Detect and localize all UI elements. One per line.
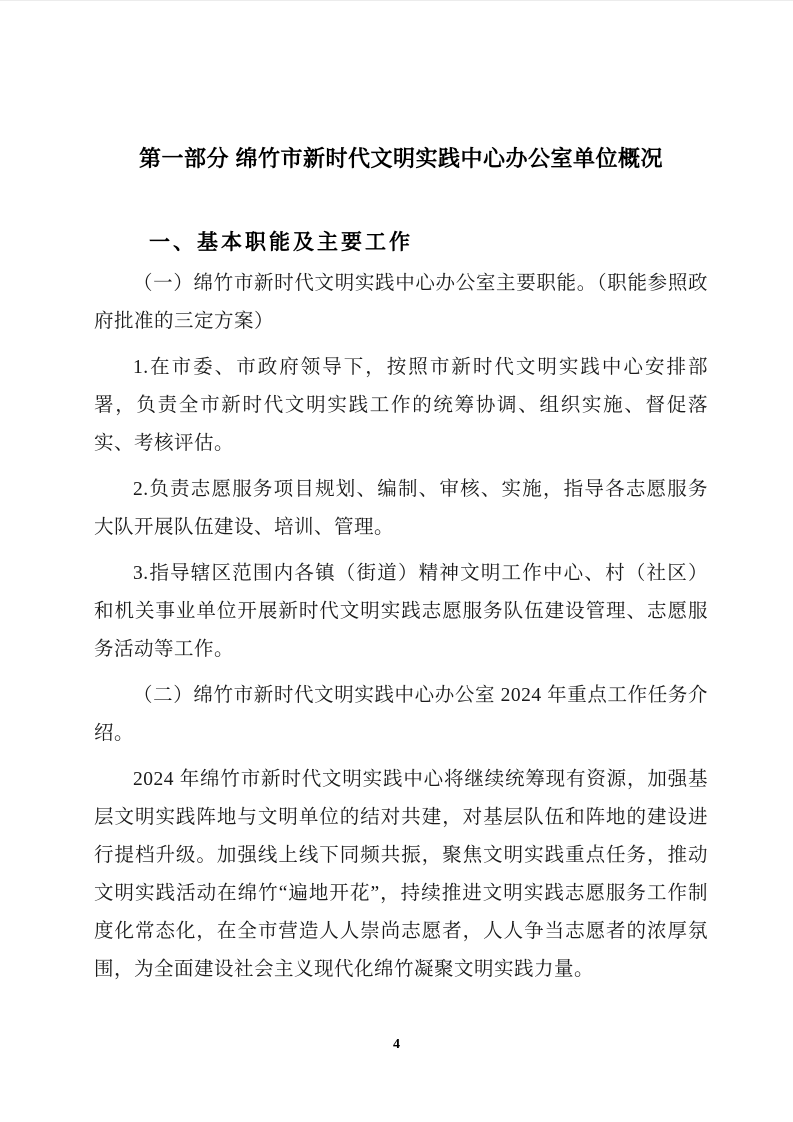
paragraph-2024-tasks-intro: （二）绵竹市新时代文明实践中心办公室 2024 年重点工作任务介绍。 bbox=[94, 677, 708, 753]
paragraph-duty-1: 1.在市委、市政府领导下，按照市新时代文明实践中心安排部署，负责全市新时代文明实… bbox=[94, 349, 708, 463]
paragraph-2024-tasks-detail: 2024 年绵竹市新时代文明实践中心将继续统筹现有资源，加强基层文明实践阵地与文… bbox=[94, 761, 708, 989]
document-title: 第一部分 绵竹市新时代文明实践中心办公室单位概况 bbox=[94, 143, 708, 175]
paragraph-main-functions: （一）绵竹市新时代文明实践中心办公室主要职能。（职能参照政府批准的三定方案） bbox=[94, 265, 708, 341]
paragraph-duty-3: 3.指导辖区范围内各镇（街道）精神文明工作中心、村（社区）和机关事业单位开展新时… bbox=[94, 555, 708, 669]
page-content: 第一部分 绵竹市新时代文明实践中心办公室单位概况 一、基本职能及主要工作 （一）… bbox=[94, 1, 708, 997]
page-number: 4 bbox=[0, 1037, 793, 1053]
paragraph-duty-2: 2.负责志愿服务项目规划、编制、审核、实施，指导各志愿服务大队开展队伍建设、培训… bbox=[94, 471, 708, 547]
document-page: 第一部分 绵竹市新时代文明实践中心办公室单位概况 一、基本职能及主要工作 （一）… bbox=[0, 0, 793, 1122]
section-heading: 一、基本职能及主要工作 bbox=[94, 229, 708, 257]
body-text: （一）绵竹市新时代文明实践中心办公室主要职能。（职能参照政府批准的三定方案） 1… bbox=[94, 265, 708, 989]
